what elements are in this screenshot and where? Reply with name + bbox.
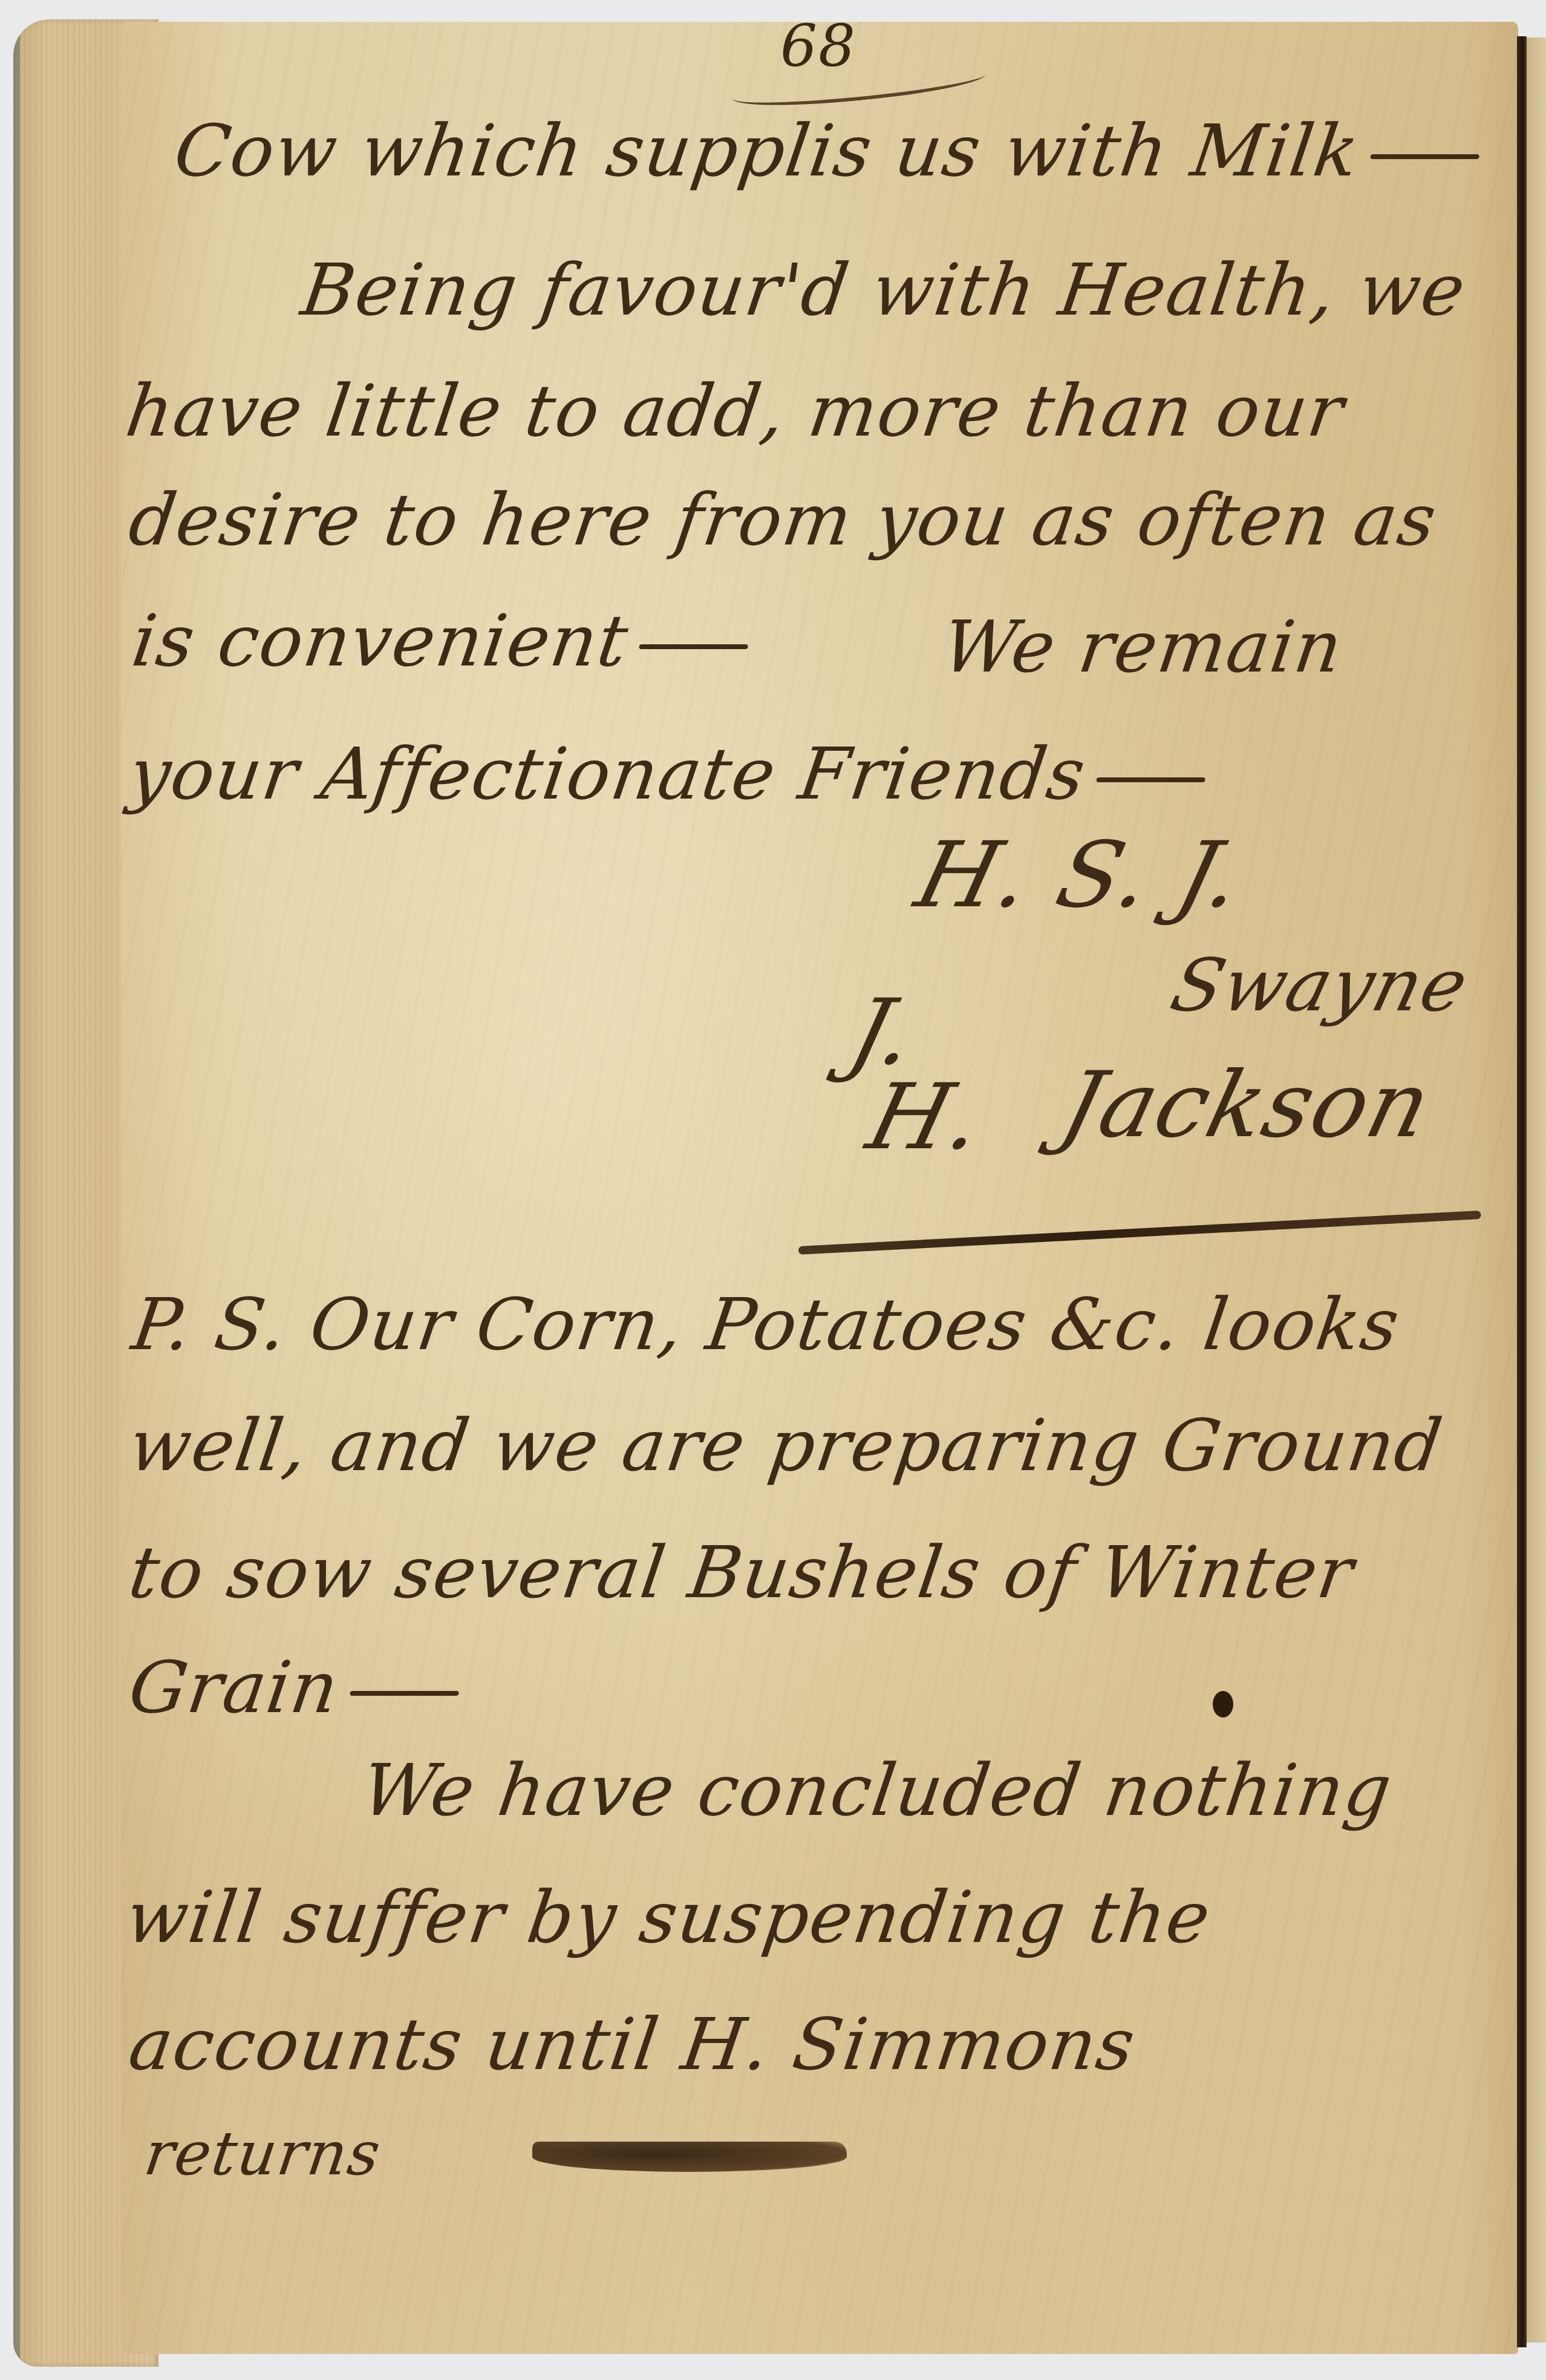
closing-line-2: will suffer by suspending the: [122, 1881, 1216, 1953]
manuscript-scan: 68 Cow which supplis us with Milk Being …: [0, 0, 1546, 2380]
letter-line-3: have little to add, more than our: [122, 375, 1349, 446]
letter-line-6: your Affectionate Friends: [125, 738, 1212, 809]
ink-blot: [1213, 1691, 1233, 1718]
closing-line-1: We have concluded nothing: [358, 1754, 1397, 1826]
ink-smear-flourish: [532, 2142, 847, 2172]
signature-initials: H. S. J.: [906, 823, 1254, 928]
binding-gutter: [1517, 36, 1527, 2347]
letter-line-5: is convenient: [128, 605, 754, 676]
postscript-line-4: Grain: [125, 1652, 465, 1723]
letter-line-2: Being favour'd with Health, we: [298, 254, 1470, 325]
signature-jackson: Jackson: [1051, 1053, 1442, 1158]
facing-page-edge: [1527, 38, 1546, 2342]
postscript-line-1: P. S. Our Corn, Potatoes &c. looks: [128, 1289, 1404, 1360]
letter-line-5b: We remain: [939, 611, 1348, 682]
letter-line-4: desire to here from you as often as: [125, 484, 1441, 555]
closing-line-4: returns: [141, 2123, 385, 2184]
postscript-line-2: well, and we are preparing Ground: [125, 1410, 1447, 1481]
letter-line-1: Cow which supplis us with Milk: [171, 115, 1485, 186]
signature-swayne: Swayne: [1163, 944, 1477, 1028]
page-number: 68: [780, 12, 856, 80]
postscript-line-3: to sow several Bushels of Winter: [125, 1537, 1358, 1608]
closing-line-3: accounts until H. Simmons: [125, 2009, 1140, 2080]
